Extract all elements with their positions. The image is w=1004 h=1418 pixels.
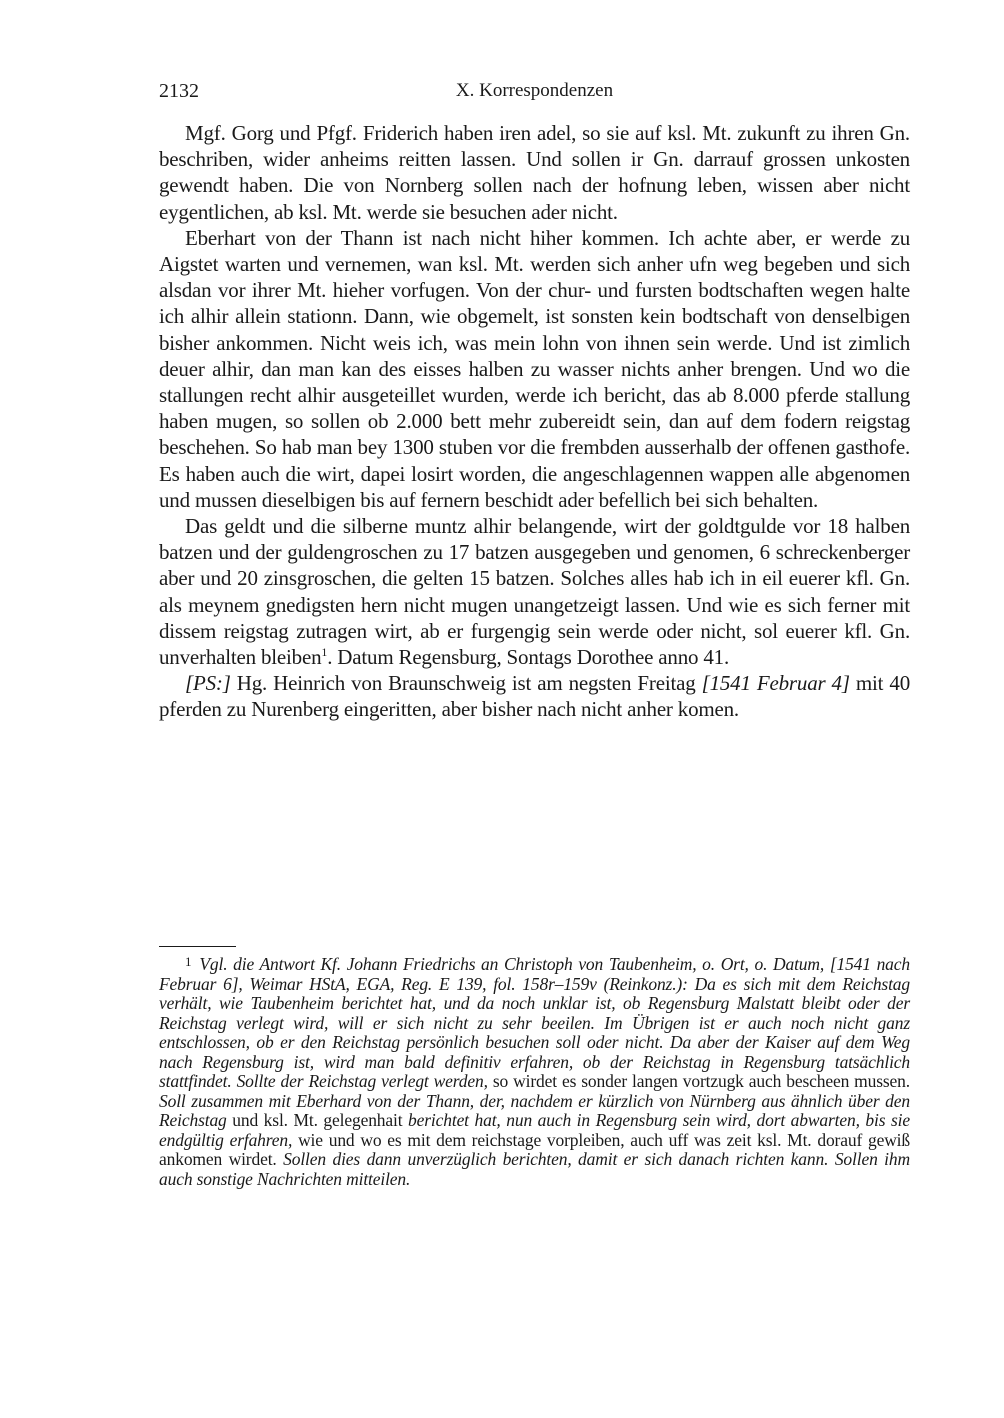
main-text: Mgf. Gorg und Pfgf. Friderich haben iren… bbox=[159, 120, 910, 723]
footnotes: 1Vgl. die Antwort Kf. Johann Friedrichs … bbox=[159, 952, 910, 1189]
footnote-separator bbox=[159, 946, 236, 947]
editorial-date: [1541 Februar 4] bbox=[702, 671, 850, 695]
page-header: 2132 X. Korrespondenzen bbox=[159, 80, 910, 106]
paragraph: Mgf. Gorg und Pfgf. Friderich haben iren… bbox=[159, 120, 910, 225]
paragraph: Das geldt und die silberne muntz alhir b… bbox=[159, 513, 910, 670]
footnote-quote: so wirdet es sonder langen vortzugk auch… bbox=[488, 1071, 910, 1091]
paragraph-text: Mgf. Gorg und Pfgf. Friderich haben iren… bbox=[159, 121, 910, 224]
editorial-note: [PS:] bbox=[185, 671, 231, 695]
paragraph-text: . Datum Regensburg, Sontags Dorothee ann… bbox=[327, 645, 729, 669]
postscript-paragraph: [PS:] Hg. Heinrich von Braunschweig ist … bbox=[159, 670, 910, 722]
paragraph-text: Hg. Heinrich von Braunschweig ist am neg… bbox=[231, 671, 702, 695]
running-title: X. Korrespondenzen bbox=[159, 80, 910, 102]
footnote: 1Vgl. die Antwort Kf. Johann Friedrichs … bbox=[159, 952, 910, 1189]
paragraph-text: Eberhart von der Thann ist nach nicht hi… bbox=[159, 226, 910, 512]
footnote-number: 1 bbox=[185, 954, 191, 969]
paragraph: Eberhart von der Thann ist nach nicht hi… bbox=[159, 225, 910, 513]
footnote-quote: und ksl. Mt. gelegenhait bbox=[227, 1110, 408, 1130]
